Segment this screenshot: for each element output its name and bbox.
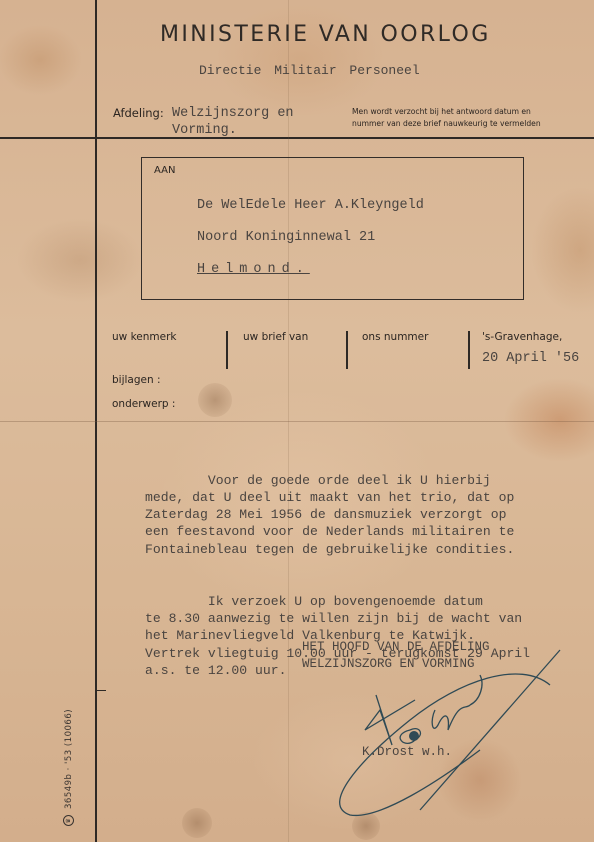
fold-line-horizontal [0,421,594,422]
reply-notice-line2: nummer van deze brief nauwkeurig te verm… [352,118,541,130]
ref-separator [226,331,228,369]
afdeling-value: Welzijnszorg en Vorming. [172,105,332,139]
uw-kenmerk-label: uw kenmerk [112,331,177,343]
handwritten-signature-icon [320,640,570,820]
reply-notice: Men wordt verzocht bij het antwoord datu… [352,106,541,130]
crown-emblem-icon: ♛ [63,815,74,826]
body-paragraph-1: Voor de goede orde deel ik U hierbij med… [145,472,530,558]
reply-notice-line1: Men wordt verzocht bij het antwoord datu… [352,106,541,118]
recipient-street: Noord Koninginnewal 21 [197,230,375,245]
afdeling-value-line1: Welzijnszorg en [172,105,332,122]
ons-nummer-label: ons nummer [362,331,428,343]
onderwerp-label: onderwerp : [112,398,175,410]
afdeling-label: Afdeling: [113,106,164,120]
letter-date: 20 April '56 [482,351,579,366]
address-box [141,157,524,300]
afdeling-value-line2: Vorming. [172,122,332,139]
stain [198,383,232,417]
print-code-text: 36549b · '53 (10066) [64,709,74,809]
stain [182,808,212,838]
bijlagen-label: bijlagen : [112,374,161,386]
uw-brief-van-label: uw brief van [243,331,308,343]
recipient-city: Helmond. [197,262,310,277]
ref-separator [346,331,348,369]
directorate-subtitle: Directie Militair Personeel [199,63,420,78]
margin-tick [96,690,106,691]
place-label: 's-Gravenhage, [482,331,562,343]
ministry-title: MINISTERIE VAN OORLOG [160,22,491,47]
address-label: AAN [154,165,175,176]
signer-name: K.Drost w.h. [362,745,452,759]
ref-separator [468,331,470,369]
print-code: ♛36549b · '53 (10066) [63,709,74,826]
recipient-name: De WelEdele Heer A.Kleyngeld [197,198,424,213]
